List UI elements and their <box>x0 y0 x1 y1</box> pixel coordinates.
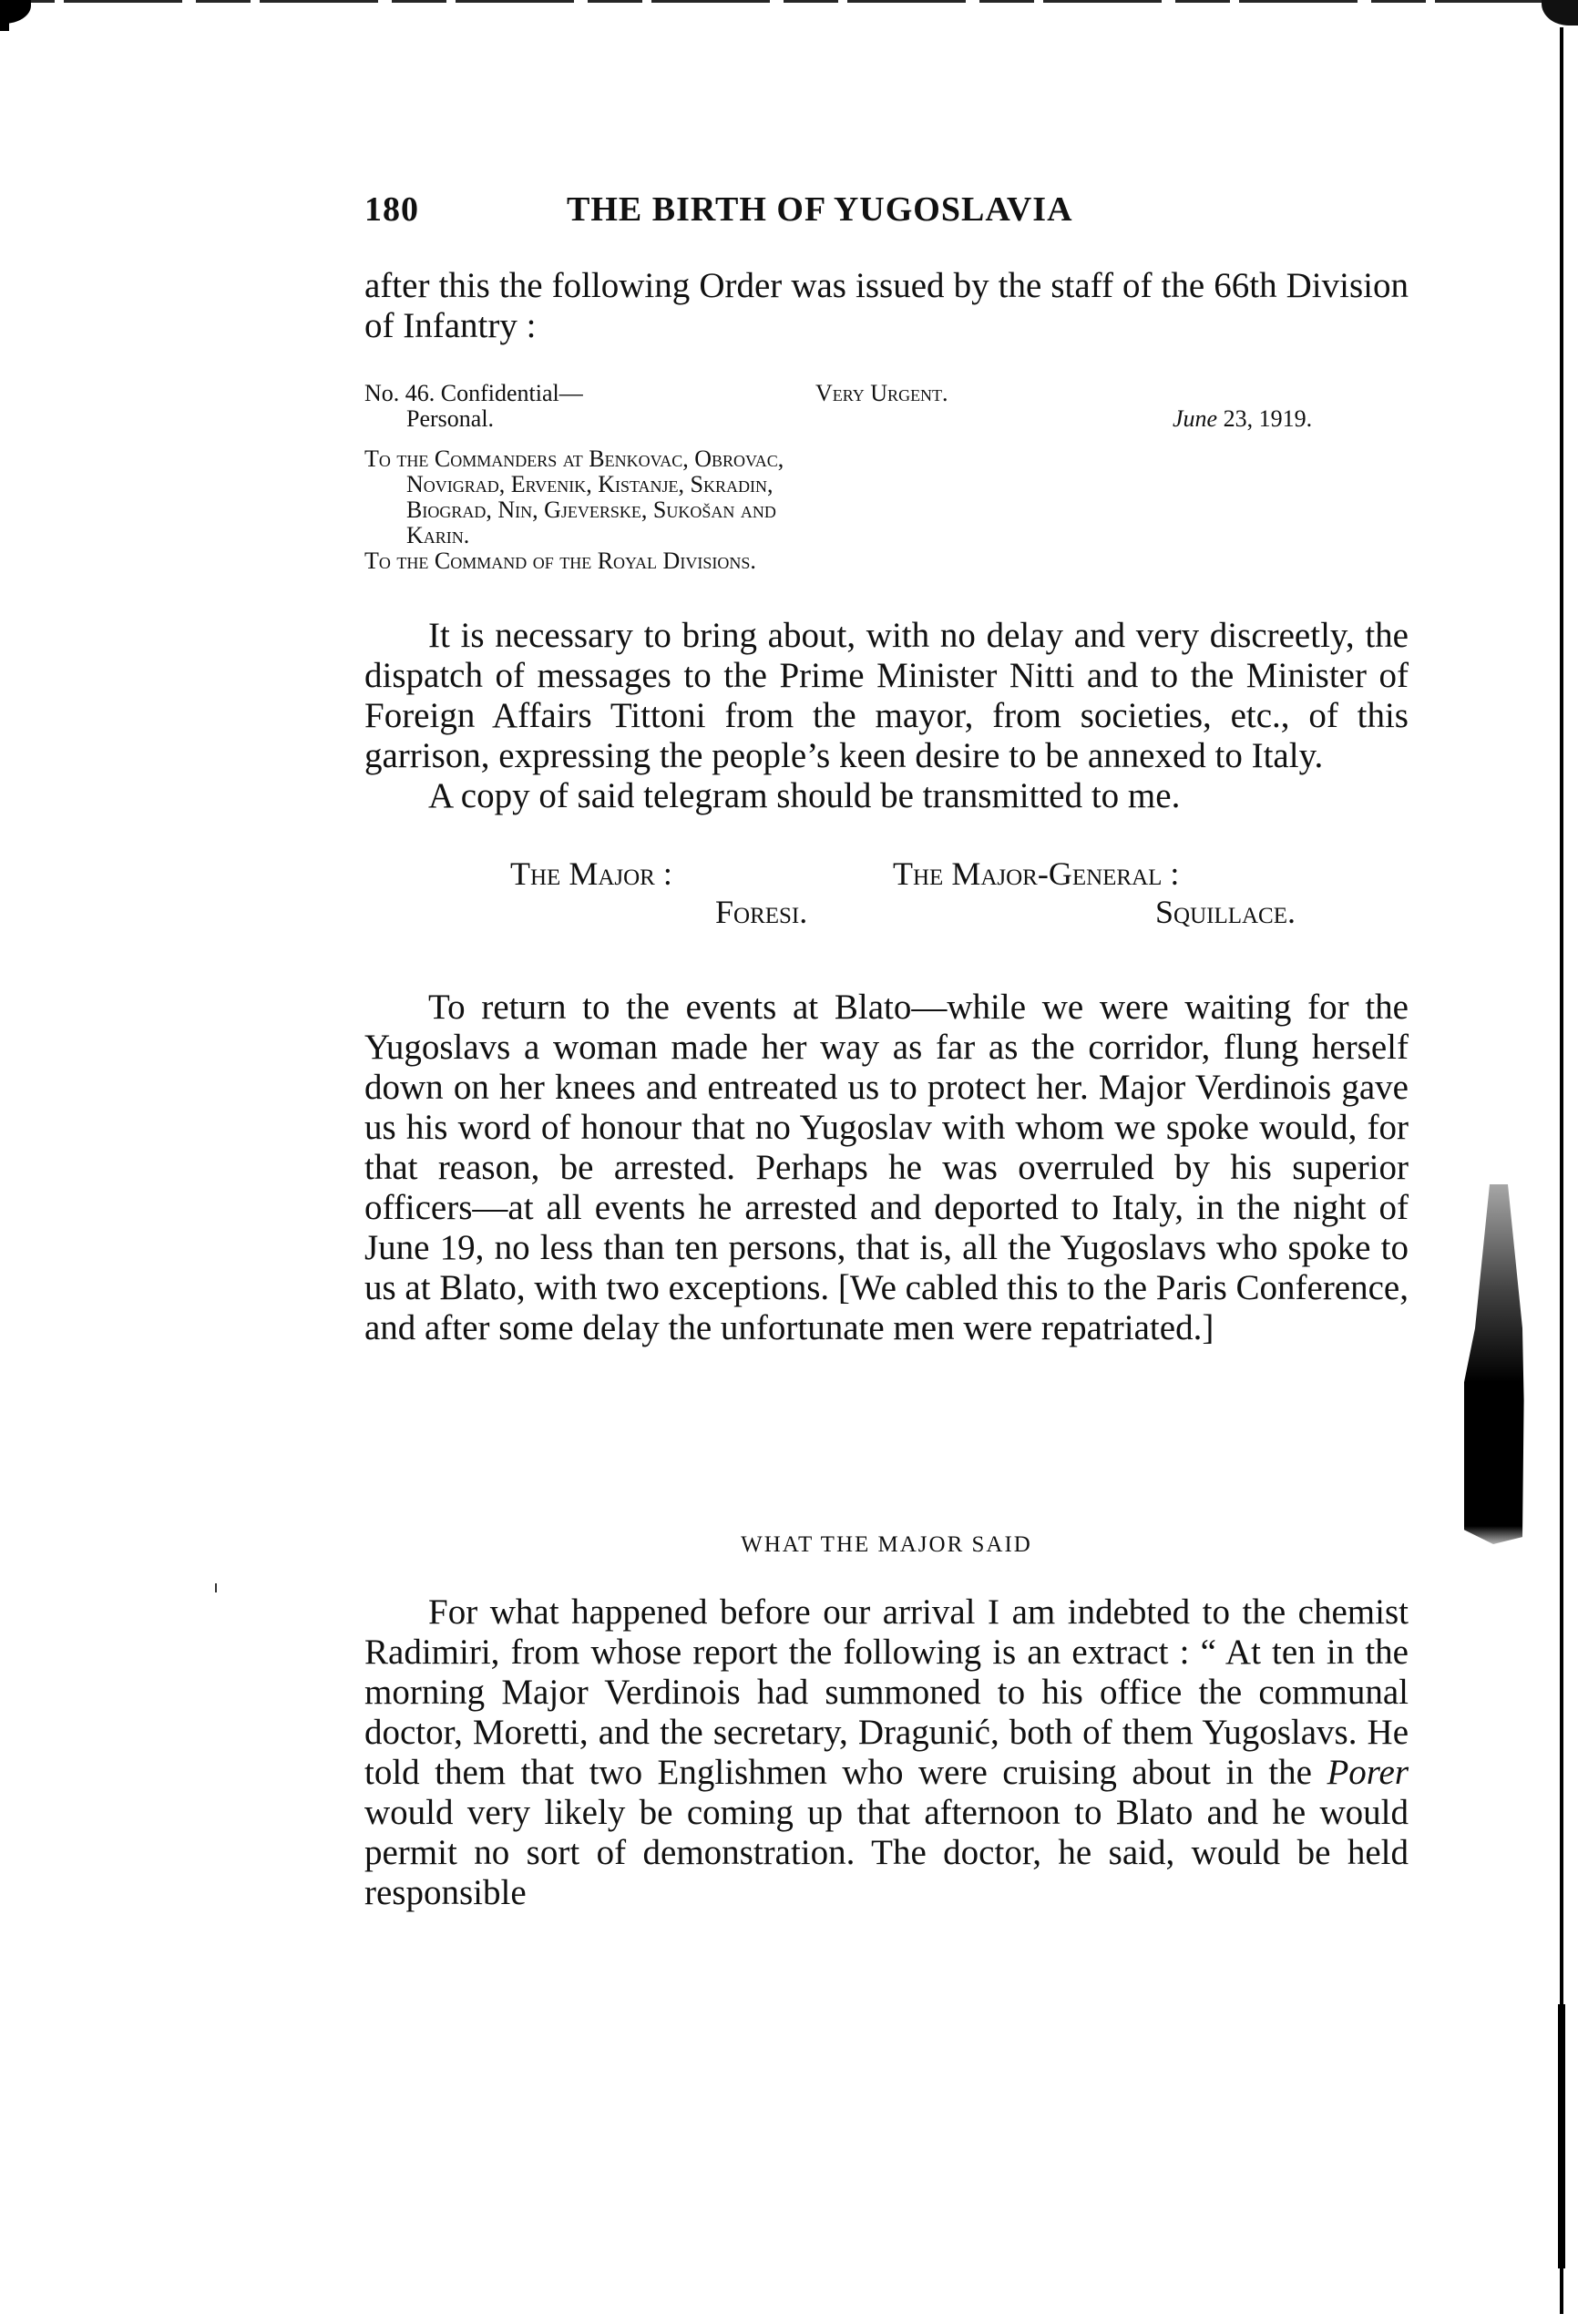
scan-speck <box>215 1583 217 1592</box>
order-number: No. 46. Confidential— <box>364 380 583 406</box>
address-line: Biograd, Nin, Gjeverske, Sukošan and <box>406 497 776 523</box>
book-page: 180 THE BIRTH OF YUGOSLAVIA after this t… <box>0 0 1578 2324</box>
order-body-paragraph: It is necessary to bring about, with no … <box>364 616 1409 776</box>
scan-corner-shadow <box>0 18 9 31</box>
running-title: THE BIRTH OF YUGOSLAVIA <box>567 189 1073 230</box>
signature-left-title: The Major : <box>510 855 672 893</box>
order-number-cont: Personal. <box>406 406 494 432</box>
address-line: Novigrad, Ervenik, Kistanje, Skradin, <box>406 471 774 497</box>
address-line: Karin. <box>406 522 469 548</box>
order-date-rest: 23, 1919. <box>1217 405 1312 432</box>
major-text-part: For what happened before our arrival I a… <box>364 1592 1409 1792</box>
page-edge-line <box>1560 27 1563 2314</box>
major-text-part: would very likely be coming up that afte… <box>364 1793 1409 1912</box>
scan-smudge <box>1464 1184 1537 1544</box>
page-number: 180 <box>364 189 419 230</box>
signature-right-name: Squillace. <box>1155 893 1296 931</box>
address-line: To the Commanders at Benkovac, Obrovac, <box>364 445 784 472</box>
order-header: No. 46. Confidential— Very Urgent. Perso… <box>364 381 1412 574</box>
scan-corner-shadow <box>1542 0 1578 26</box>
order-body-block: It is necessary to bring about, with no … <box>364 616 1409 816</box>
address-second: To the Command of the Royal Divisions. <box>364 548 756 574</box>
signature-left-name: Foresi. <box>715 893 807 931</box>
order-urgency: Very Urgent. <box>815 381 948 406</box>
page-edge-line <box>1558 2004 1565 2268</box>
intro-block: after this the following Order was issue… <box>364 266 1409 346</box>
signature-right-title: The Major-General : <box>893 855 1179 893</box>
blato-block: To return to the events at Blato—while w… <box>364 988 1409 1348</box>
ship-name: Porer <box>1327 1753 1409 1792</box>
major-block: For what happened before our arrival I a… <box>364 1592 1409 1913</box>
section-heading: WHAT THE MAJOR SAID <box>364 1532 1409 1558</box>
order-date-month: June <box>1173 405 1217 432</box>
scan-edge-top <box>0 0 1578 3</box>
order-date: June 23, 1919. <box>1173 406 1312 432</box>
major-paragraph: For what happened before our arrival I a… <box>364 1592 1409 1913</box>
running-head: 180 THE BIRTH OF YUGOSLAVIA <box>364 189 1412 235</box>
order-copy-line: A copy of said telegram should be transm… <box>364 776 1409 816</box>
intro-paragraph: after this the following Order was issue… <box>364 266 1409 346</box>
blato-paragraph: To return to the events at Blato—while w… <box>364 988 1409 1348</box>
